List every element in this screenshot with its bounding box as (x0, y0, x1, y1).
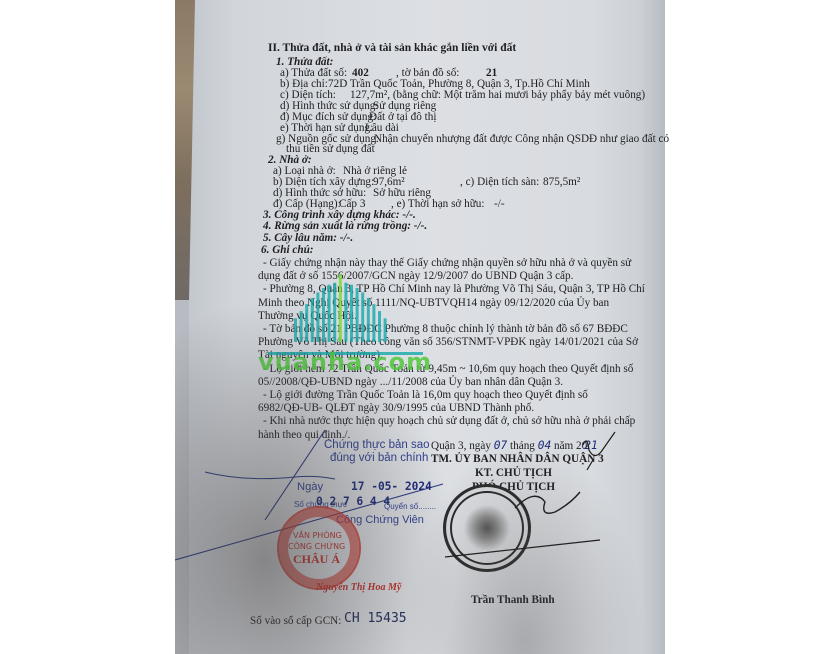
watermark-logo-icon (290, 272, 390, 342)
own-term-value: -/- (494, 198, 505, 210)
notary-seal: VĂN PHÒNG CÔNG CHỨNG CHÂU Á (277, 506, 361, 590)
cert-date: 17 -05- 2024 (351, 481, 432, 493)
section-title: II. Thửa đất, nhà ở và tài sản khác gắn … (268, 42, 516, 54)
notes-heading: 6. Ghi chú: (261, 244, 314, 256)
notary-name: Nguyễn Thị Hoa Mỹ (316, 582, 401, 594)
registry-number: CH 15435 (344, 613, 407, 625)
cert-date-label: Ngày (297, 481, 323, 493)
cert-line-1: Chứng thực bản sao (324, 439, 430, 451)
registry-label: Sổ vào sổ cấp GCN: (250, 615, 341, 627)
note-line: - Giấy chứng nhận này thay thế Giấy chứn… (263, 257, 631, 269)
note-line: 05//2008/QĐ-UBND ngày .../11/2008 của Ủy… (258, 376, 563, 388)
watermark-text: vuanha.com (258, 348, 432, 376)
origin-value-line1: Nhận chuyển nhượng đất được Công nhận QS… (374, 133, 669, 145)
cert-book-label: Quyển số........ (384, 501, 436, 513)
perennial-trees: 5. Cây lâu năm: -/-. (263, 232, 353, 244)
floor-area-value: 875,5m² (543, 176, 580, 188)
notary-seal-name: CHÂU Á (293, 553, 340, 565)
forest: 4. Rừng sản xuất là rừng trồng: -/-. (263, 220, 427, 232)
floor-area-label: , c) Diện tích sàn: (460, 176, 539, 188)
cert-line-2: đúng với bản chính (330, 452, 428, 464)
